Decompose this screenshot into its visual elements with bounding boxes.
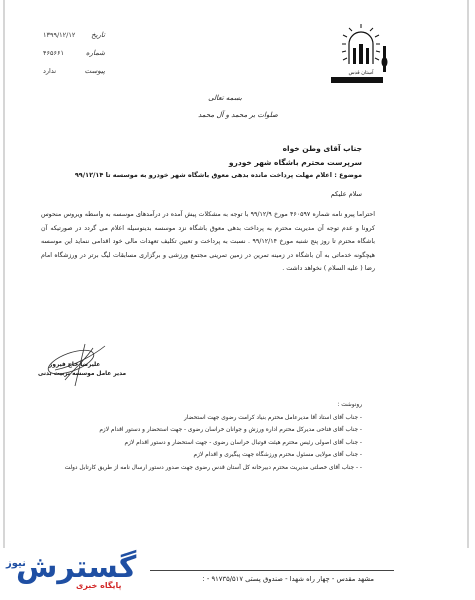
number-label: شماره <box>86 44 105 62</box>
addressee: جناب آقای وطن خواه سرپرست محترم باشگاه ش… <box>102 142 362 170</box>
greeting: سلام علیکم <box>162 190 362 198</box>
letter-meta: تاریخ ۱۳۹۹/۱۲/۱۲ شماره ۴۶۵۶۶۱ پیوست ندار… <box>43 26 105 80</box>
cc-item: - - جناب آقای خصلتی مدیریت محترم دبیرخان… <box>22 462 362 475</box>
letter-page: تاریخ ۱۳۹۹/۱۲/۱۲ شماره ۴۶۵۶۶۱ پیوست ندار… <box>3 0 469 548</box>
signatory-name: علیرضا حاج فیروز <box>49 362 100 368</box>
number-value: ۴۶۵۶۶۱ <box>43 44 64 62</box>
footer-divider <box>150 570 394 571</box>
institution-logo-icon: آستان قدس <box>317 24 407 86</box>
cc-list: رونوشت : - جناب آقای استاد آقا مدیرعامل … <box>22 399 362 474</box>
cc-item: - جناب آقای استاد آقا مدیرعامل محترم بنی… <box>22 412 362 425</box>
cc-title: رونوشت : <box>22 399 362 412</box>
salawat: صلوات بر محمد و آل محمد <box>193 111 283 119</box>
number-row: شماره ۴۶۵۶۶۱ <box>43 44 105 62</box>
signatory-title: مدیر عامل موسسه تربیت بدنی <box>38 371 126 377</box>
date-label: تاریخ <box>91 26 105 44</box>
date-row: تاریخ ۱۳۹۹/۱۲/۱۲ <box>43 26 105 44</box>
footer-address: مشهد مقدس - چهار راه شهدا - صندوق پستی ۹… <box>148 575 374 583</box>
watermark-sub: پایگاه خبری <box>76 581 122 590</box>
attachment-label: پیوست <box>85 62 105 80</box>
attachment-value: ندارد <box>43 62 56 80</box>
attachment-row: پیوست ندارد <box>43 62 105 80</box>
date-value: ۱۳۹۹/۱۲/۱۲ <box>43 26 75 44</box>
svg-text:آستان قدس: آستان قدس <box>349 69 375 76</box>
cc-item: - جناب آقای اصولی رئیس محترم هیئت فوتبال… <box>22 437 362 450</box>
letter-subject: موضوع : اعلام مهلت پرداخت مانده بدهی معو… <box>32 171 362 179</box>
letter-body: احتراما پیرو نامه شماره ۴۶۰۵۹۷ مورخ ۹۹/۱… <box>41 208 375 276</box>
basmala: بسمه تعالی <box>205 94 245 102</box>
news-watermark-logo: نیوز گسترش پایگاه خبری <box>4 548 139 598</box>
addressee-title: سرپرست محترم باشگاه شهر خودرو <box>102 156 362 170</box>
cc-item: - جناب آقای فتاحی مدیرکل محترم اداره ورز… <box>22 424 362 437</box>
addressee-name: جناب آقای وطن خواه <box>102 142 362 156</box>
cc-item: - جناب آقای مولایی مسئول محترم ورزشگاه ج… <box>22 449 362 462</box>
watermark-main: گسترش <box>16 550 136 585</box>
